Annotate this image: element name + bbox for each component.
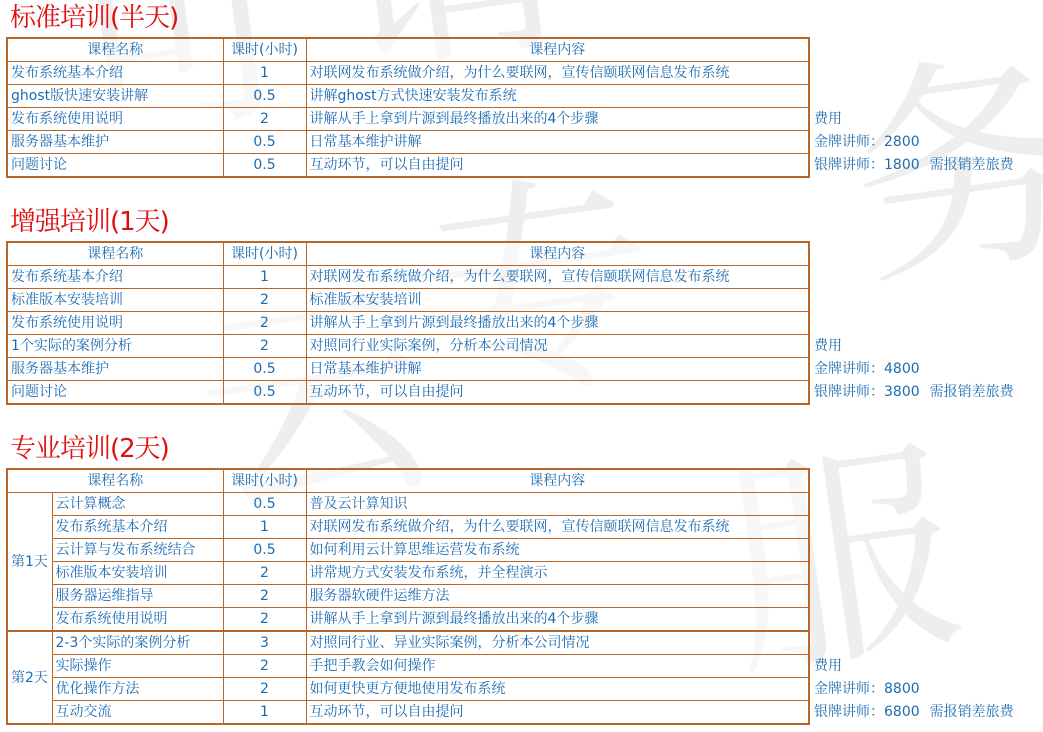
course-name: 发布系统基本介绍 xyxy=(7,266,223,289)
column-header-hours: 课时(小时) xyxy=(223,242,306,266)
fee-gold: 金牌讲师：2800 xyxy=(814,131,1014,154)
course-name: 服务器基本维护 xyxy=(7,358,223,381)
course-content: 如何更快更方便地使用发布系统 xyxy=(306,678,809,701)
column-header-content: 课程内容 xyxy=(306,38,809,62)
course-name: ghost版快速安装讲解 xyxy=(7,85,223,108)
course-content: 对联网发布系统做介绍，为什么要联网，宣传信颐联网信息发布系统 xyxy=(306,62,809,85)
enhanced-training-table: 课程名称 课时(小时) 课程内容 发布系统基本介绍1对联网发布系统做介绍，为什么… xyxy=(6,241,810,405)
day-label: 第2天 xyxy=(7,631,52,724)
course-content: 讲解从手上拿到片源到最终播放出来的4个步骤 xyxy=(306,108,809,131)
table-header-row: 课程名称 课时(小时) 课程内容 xyxy=(7,469,809,493)
course-content: 普及云计算知识 xyxy=(306,493,809,516)
table-row: 服务器基本维护0.5日常基本维护讲解 xyxy=(7,131,809,154)
section-title-professional: 专业培训(2天) xyxy=(10,433,169,465)
table-header-row: 课程名称 课时(小时) 课程内容 xyxy=(7,38,809,62)
course-name: 发布系统使用说明 xyxy=(52,608,223,632)
table-row: 发布系统基本介绍1对联网发布系统做介绍，为什么要联网，宣传信颐联网信息发布系统 xyxy=(7,62,809,85)
course-content: 标准版本安装培训 xyxy=(306,289,809,312)
course-content: 讲解ghost方式快速安装发布系统 xyxy=(306,85,809,108)
table-row: 服务器基本维护0.5日常基本维护讲解 xyxy=(7,358,809,381)
course-content: 日常基本维护讲解 xyxy=(306,131,809,154)
table-row: 实际操作2手把手教会如何操作 xyxy=(7,655,809,678)
course-name: 优化操作方法 xyxy=(52,678,223,701)
course-name: 发布系统基本介绍 xyxy=(52,516,223,539)
column-header-name: 课程名称 xyxy=(7,38,223,62)
course-name: 标准版本安装培训 xyxy=(52,562,223,585)
course-name: 发布系统使用说明 xyxy=(7,312,223,335)
fee-label: 费用 xyxy=(814,108,1014,131)
course-hours: 0.5 xyxy=(223,539,306,562)
fee-silver: 银牌讲师：1800 xyxy=(814,157,920,173)
table-row: 标准版本安装培训2讲常规方式安装发布系统，并全程演示 xyxy=(7,562,809,585)
fee-silver: 银牌讲师：6800 xyxy=(814,704,920,720)
course-content: 互动环节，可以自由提问 xyxy=(306,381,809,405)
day-label: 第1天 xyxy=(7,493,52,632)
fee-note: 需报销差旅费 xyxy=(930,384,1014,400)
table-row: 发布系统基本介绍1对联网发布系统做介绍，为什么要联网，宣传信颐联网信息发布系统 xyxy=(7,266,809,289)
table-row: 问题讨论0.5互动环节，可以自由提问 xyxy=(7,381,809,405)
course-content: 对联网发布系统做介绍，为什么要联网，宣传信颐联网信息发布系统 xyxy=(306,266,809,289)
table-row: 第1天 云计算概念0.5普及云计算知识 xyxy=(7,493,809,516)
course-content: 对联网发布系统做介绍，为什么要联网，宣传信颐联网信息发布系统 xyxy=(306,516,809,539)
table-row: 标准版本安装培训2标准版本安装培训 xyxy=(7,289,809,312)
course-content: 讲解从手上拿到片源到最终播放出来的4个步骤 xyxy=(306,608,809,632)
course-name: 实际操作 xyxy=(52,655,223,678)
column-header-hours: 课时(小时) xyxy=(223,469,306,493)
course-name: 问题讨论 xyxy=(7,154,223,178)
column-header-content: 课程内容 xyxy=(306,242,809,266)
course-name: 服务器运维指导 xyxy=(52,585,223,608)
course-content: 互动环节，可以自由提问 xyxy=(306,154,809,178)
course-hours: 0.5 xyxy=(223,381,306,405)
course-name: 发布系统使用说明 xyxy=(7,108,223,131)
fee-block-enhanced: 费用 金牌讲师：4800 银牌讲师：3800需报销差旅费 xyxy=(814,335,1014,404)
course-content: 对照同行业实际案例，分析本公司情况 xyxy=(306,335,809,358)
course-hours: 0.5 xyxy=(223,85,306,108)
course-hours: 0.5 xyxy=(223,493,306,516)
course-name: 标准版本安装培训 xyxy=(7,289,223,312)
column-header-hours: 课时(小时) xyxy=(223,38,306,62)
fee-block-professional: 费用 金牌讲师：8800 银牌讲师：6800需报销差旅费 xyxy=(814,655,1014,724)
course-name: 2-3个实际的案例分析 xyxy=(52,631,223,655)
course-name: 问题讨论 xyxy=(7,381,223,405)
course-hours: 1 xyxy=(223,266,306,289)
course-name: 互动交流 xyxy=(52,701,223,725)
course-content: 日常基本维护讲解 xyxy=(306,358,809,381)
course-hours: 0.5 xyxy=(223,358,306,381)
course-name: 发布系统基本介绍 xyxy=(7,62,223,85)
course-hours: 2 xyxy=(223,562,306,585)
course-name: 1个实际的案例分析 xyxy=(7,335,223,358)
table-row: 发布系统使用说明2讲解从手上拿到片源到最终播放出来的4个步骤 xyxy=(7,108,809,131)
course-hours: 2 xyxy=(223,608,306,632)
section-title-enhanced: 增强培训(1天) xyxy=(10,206,169,238)
course-hours: 0.5 xyxy=(223,131,306,154)
fee-note: 需报销差旅费 xyxy=(930,157,1014,173)
fee-silver: 银牌讲师：3800 xyxy=(814,384,920,400)
course-hours: 0.5 xyxy=(223,154,306,178)
fee-gold: 金牌讲师：4800 xyxy=(814,358,1014,381)
table-header-row: 课程名称 课时(小时) 课程内容 xyxy=(7,242,809,266)
course-hours: 3 xyxy=(223,631,306,655)
table-row: 发布系统基本介绍1对联网发布系统做介绍，为什么要联网，宣传信颐联网信息发布系统 xyxy=(7,516,809,539)
course-hours: 1 xyxy=(223,62,306,85)
table-row: 服务器运维指导2服务器软硬件运维方法 xyxy=(7,585,809,608)
table-row: 问题讨论0.5互动环节，可以自由提问 xyxy=(7,154,809,178)
course-hours: 2 xyxy=(223,678,306,701)
course-content: 互动环节，可以自由提问 xyxy=(306,701,809,725)
table-row: 发布系统使用说明2讲解从手上拿到片源到最终播放出来的4个步骤 xyxy=(7,312,809,335)
course-name: 服务器基本维护 xyxy=(7,131,223,154)
course-hours: 1 xyxy=(223,516,306,539)
table-row: 发布系统使用说明2讲解从手上拿到片源到最终播放出来的4个步骤 xyxy=(7,608,809,632)
column-header-content: 课程内容 xyxy=(306,469,809,493)
course-name: 云计算与发布系统结合 xyxy=(52,539,223,562)
table-row: 云计算与发布系统结合0.5如何利用云计算思维运营发布系统 xyxy=(7,539,809,562)
fee-block-standard: 费用 金牌讲师：2800 银牌讲师：1800需报销差旅费 xyxy=(814,108,1014,177)
fee-label: 费用 xyxy=(814,655,1014,678)
fee-label: 费用 xyxy=(814,335,1014,358)
course-content: 讲解从手上拿到片源到最终播放出来的4个步骤 xyxy=(306,312,809,335)
table-row: 1个实际的案例分析2对照同行业实际案例，分析本公司情况 xyxy=(7,335,809,358)
course-content: 服务器软硬件运维方法 xyxy=(306,585,809,608)
table-row: ghost版快速安装讲解0.5讲解ghost方式快速安装发布系统 xyxy=(7,85,809,108)
section-title-standard: 标准培训(半天) xyxy=(10,2,178,34)
fee-gold: 金牌讲师：8800 xyxy=(814,678,1014,701)
course-content: 手把手教会如何操作 xyxy=(306,655,809,678)
course-name: 云计算概念 xyxy=(52,493,223,516)
course-hours: 2 xyxy=(223,312,306,335)
course-content: 如何利用云计算思维运营发布系统 xyxy=(306,539,809,562)
column-header-name: 课程名称 xyxy=(7,242,223,266)
course-content: 对照同行业、异业实际案例，分析本公司情况 xyxy=(306,631,809,655)
column-header-name: 课程名称 xyxy=(7,469,223,493)
course-hours: 2 xyxy=(223,289,306,312)
course-hours: 1 xyxy=(223,701,306,725)
table-row: 第2天 2-3个实际的案例分析3对照同行业、异业实际案例，分析本公司情况 xyxy=(7,631,809,655)
course-hours: 2 xyxy=(223,108,306,131)
course-hours: 2 xyxy=(223,585,306,608)
standard-training-table: 课程名称 课时(小时) 课程内容 发布系统基本介绍1对联网发布系统做介绍，为什么… xyxy=(6,37,810,178)
course-hours: 2 xyxy=(223,655,306,678)
professional-training-table: 课程名称 课时(小时) 课程内容 第1天 云计算概念0.5普及云计算知识 发布系… xyxy=(6,468,810,725)
course-content: 讲常规方式安装发布系统，并全程演示 xyxy=(306,562,809,585)
table-row: 优化操作方法2如何更快更方便地使用发布系统 xyxy=(7,678,809,701)
table-row: 互动交流1互动环节，可以自由提问 xyxy=(7,701,809,725)
course-hours: 2 xyxy=(223,335,306,358)
fee-note: 需报销差旅费 xyxy=(930,704,1014,720)
